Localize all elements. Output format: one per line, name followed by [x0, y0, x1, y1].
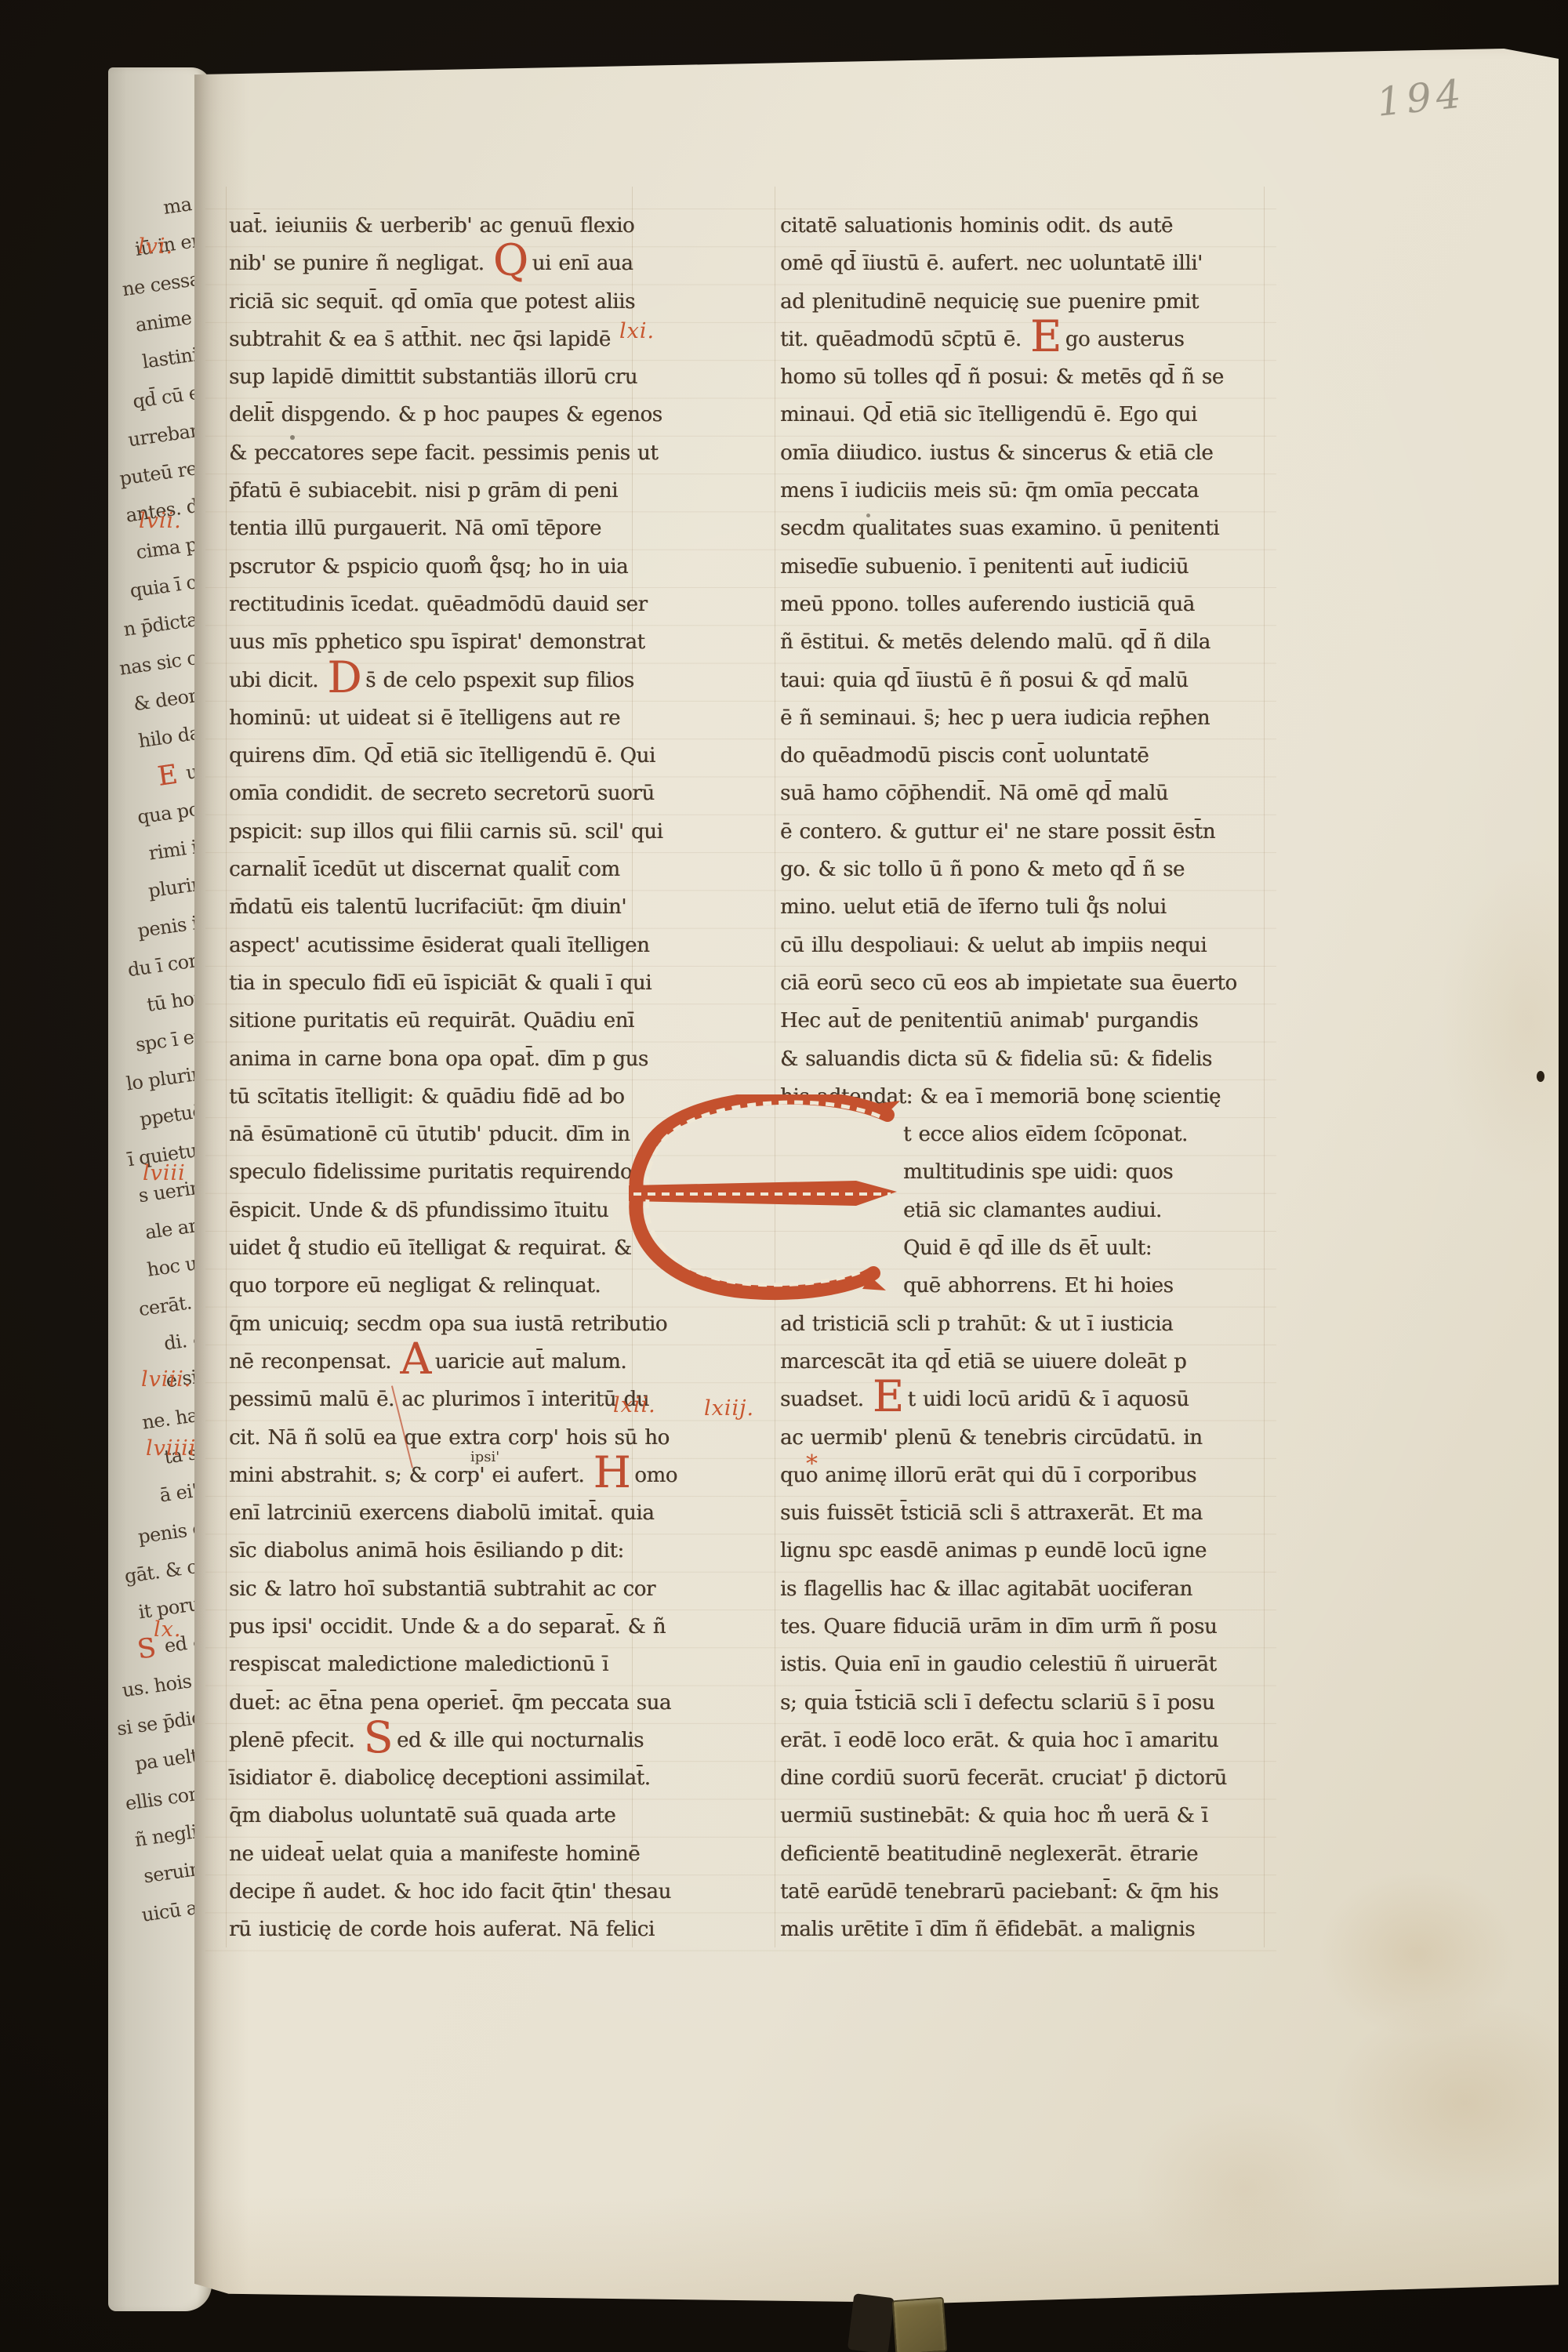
rubric-initial: S [364, 1712, 393, 1762]
parchment-speck [290, 435, 295, 440]
manuscript-text-line: sic & latro hoī substantiā subtrahit ac … [229, 1570, 637, 1608]
manuscript-text-line: & saluandis dicta sū & fidelia sū: & fid… [780, 1040, 1270, 1078]
manuscript-text-line: misedīe subuenio. ī penitenti aut̄ iudic… [780, 548, 1270, 586]
manuscript-text-line: quo torpore eū negligat & relinquat. [229, 1267, 637, 1305]
manuscript-text-line: go. & sic tollo ū ñ pono & meto qd̄ ñ se [780, 851, 1270, 888]
rubric-initial: E [1030, 311, 1062, 361]
manuscript-text-line: tū scītatis ītelligit: & quādiu fidē ad … [229, 1078, 637, 1116]
manuscript-photo: ma q̊iū in emne cessaranime q̄lastiniaqd… [0, 0, 1568, 2352]
manuscript-text-line: p̄fatū ē subiacebit. nisi p grām di peni [229, 472, 637, 510]
manuscript-text-line: malis urētite ī dīm ñ ēfidebāt. a malign… [780, 1911, 1270, 1948]
manuscript-text-line: minaui. Qd̄ etiā sic ītelligendū ē. Ego … [780, 396, 1270, 434]
ruling-line-vertical [226, 187, 227, 1947]
manuscript-text-line: quo animę illorū erāt qui dū ī corporibu… [780, 1457, 1270, 1494]
manuscript-text-line: quirens dīm. Qd̄ etiā sic ītelligendū ē.… [229, 737, 637, 775]
rubric-initial: A [400, 1334, 430, 1384]
manuscript-text-line: ne uideat̄ uelat quia a manifeste hominē [229, 1835, 637, 1873]
manuscript-text-line: Hec aut̄ de penitentiū animab' purgandis [780, 1002, 1270, 1040]
manuscript-text-line: uermiū sustinebāt: & quia hoc m̊ uerā & … [780, 1797, 1270, 1835]
manuscript-text-line: meū ppono. tolles auferendo iusticiā quā [780, 586, 1270, 623]
text-column-left: uat̄. ieiuniis & uerberib' ac genuū flex… [229, 207, 637, 1949]
manuscript-text-line: suadset. Et uidi locū aridū & ī aquosū [780, 1381, 1270, 1418]
manuscript-text-line: respiscat maledictione maledictionū ī [229, 1646, 637, 1683]
manuscript-text-line: taui: quia qd̄ īiustū ē ñ posui & qd̄ ma… [780, 662, 1270, 699]
manuscript-text-line: deficientē beatitudinē neglexerāt. ētrar… [780, 1835, 1270, 1873]
parchment-speck [1537, 1071, 1544, 1082]
chapter-number: lvi. [138, 235, 173, 259]
manuscript-text-line: enī latrciniū exercens diabolū imitat̄. … [229, 1494, 637, 1532]
manuscript-text-line: plenē pfecit. Sed & ille qui nocturnalis [229, 1722, 637, 1759]
chapter-number: lxii. [613, 1394, 656, 1417]
manuscript-text-line: ac uermib' plenū & tenebris circūdatū. i… [780, 1419, 1270, 1457]
manuscript-text-line: q̄m diabolus uoluntatē suā quada arte [229, 1797, 637, 1835]
ruling-line-vertical [775, 187, 775, 1947]
manuscript-text-line: suā hamo cōp̄hendit̄. Nā omē qd̄ malū [780, 775, 1270, 812]
manuscript-text-line: sup lapidē dimittit substantiäs illorū c… [229, 358, 637, 396]
chapter-number: lvii. [139, 510, 182, 533]
manuscript-text-line: pessimū malū ē. ac plurimos ī interitū d… [229, 1381, 637, 1418]
manuscript-text-line: mino. uelut etiā de īferno tuli q̊s nolu… [780, 888, 1270, 926]
manuscript-text-line: riciā sic sequit̄. qd̄ omīa que potest a… [229, 283, 637, 321]
manuscript-text-line: dine cordiū suorū fecerāt. cruciat' p̄ d… [780, 1759, 1270, 1797]
manuscript-text-line: ad tristiciā scli p trahūt: & ut ī iusti… [780, 1305, 1270, 1343]
manuscript-text-line: sīc diabolus animā hois ēsiliando p dit: [229, 1532, 637, 1570]
manuscript-text-line: mini abstrahit. s; & corp' ei aufert. Ho… [229, 1457, 637, 1494]
manuscript-text-line: pspicit: sup illos qui filii carnis sū. … [229, 813, 637, 851]
rubric-initial: Q [493, 235, 528, 285]
manuscript-text-line: tes. Quare fiduciā urām in dīm urm̄ ñ po… [780, 1608, 1270, 1646]
manuscript-text-line: tit. quēadmodū sc̄ptū ē. Ego austerus [780, 321, 1270, 358]
rubric-initial: E [873, 1371, 904, 1421]
manuscript-text-line: ēspicit. Unde & ds̄ pfundissimo ītuitu [229, 1192, 637, 1229]
interlinear-gloss: ipsi' [470, 1449, 499, 1465]
manuscript-text-line: cit. Nā ñ solū ea que extra corp' hois s… [229, 1419, 637, 1457]
binding-strap [848, 2293, 895, 2352]
manuscript-text-line: istis. Quia enī in gaudio celestiū ñ uir… [780, 1646, 1270, 1683]
manuscript-text-line: ciā eorū seco cū eos ab impietate sua ēu… [780, 964, 1270, 1002]
manuscript-text-line: marcescāt ita qd̄ etiā se uiuere doleāt … [780, 1343, 1270, 1381]
manuscript-text-line: omē qd̄ īiustū ē. aufert. nec uoluntatē … [780, 245, 1270, 282]
manuscript-text-line: tentia illū purgauerit. Nā omī tēpore [229, 510, 637, 547]
manuscript-text-line: nē reconpensat. Auaricie aut̄ malum. [229, 1343, 637, 1381]
manuscript-text-line: & peccatores sepe facit. pessimis penis … [229, 434, 637, 472]
manuscript-text-line: nib' se punire ñ negligat. Qui enī aua [229, 245, 637, 282]
manuscript-text-line: do quēadmodū piscis cont̄ uoluntatē [780, 737, 1270, 775]
manuscript-text-line: speculo fidelissime puritatis requirendo [229, 1153, 637, 1191]
manuscript-text-line: lignu spc easdē animas p eundē locū igne [780, 1532, 1270, 1570]
manuscript-text-line: carnalit̄ īcedūt ut discernat qualit̄ co… [229, 851, 637, 888]
rubric-asterisk-icon: * [806, 1450, 818, 1478]
manuscript-text-line: tia in speculo fidī eū īspiciāt & quali … [229, 964, 637, 1002]
text-column-right: citatē saluationis hominis odit. ds autē… [780, 207, 1270, 1949]
manuscript-text-line: omīa condidit. de secreto secretorū suor… [229, 775, 637, 812]
manuscript-text-line: erāt. ī eodē loco erāt. & quia hoc ī ama… [780, 1722, 1270, 1759]
manuscript-text-line: anima in carne bona opa opat̄. dīm p gus [229, 1040, 637, 1078]
manuscript-text-line: nā ēsūmationē cū ūtutib' pducit. dīm in [229, 1116, 637, 1153]
manuscript-text-line: ē ñ seminaui. s̄; hec p uera iudicia rep… [780, 699, 1270, 737]
chapter-number: lxiij. [704, 1397, 754, 1421]
chapter-number: lviii [143, 1162, 186, 1185]
rubric-initial: H [593, 1447, 631, 1497]
chapter-number: lxi. [619, 320, 655, 343]
manuscript-text-line: q̄m unicuiq; secdm opa sua iustā retribu… [229, 1305, 637, 1343]
manuscript-text-line: pscrutor & pspicio quom̊ q̊sq; ho in uia [229, 548, 637, 586]
manuscript-text-line: delit̄ dispgendo. & p hoc paupes & egeno… [229, 396, 637, 434]
manuscript-text-line: homo sū tolles qd̄ ñ posui: & metēs qd̄ … [780, 358, 1270, 396]
manuscript-text-line: rectitudinis īcedat. quēadmōdū dauid ser [229, 586, 637, 623]
manuscript-text-line: secdm qualitates suas examino. ū peniten… [780, 510, 1270, 547]
manuscript-text-line: ē contero. & guttur ei' ne stare possit … [780, 813, 1270, 851]
manuscript-text-line: cū illu despoliaui: & uelut ab impiis ne… [780, 927, 1270, 964]
manuscript-text-line: ñ ēstitui. & metēs delendo malū. qd̄ ñ d… [780, 623, 1270, 661]
manuscript-text-line: uus mīs pphetico spu īspirat' demonstrat [229, 623, 637, 661]
manuscript-text-line: hominū: ut uideat si ē ītelligens aut re [229, 699, 637, 737]
manuscript-text-line: tatē earūdē tenebrarū paciebant̄: & q̄m … [780, 1873, 1270, 1911]
chapter-number: lviii. [141, 1368, 191, 1392]
manuscript-text-line: subtrahit & ea s̄ att̄hit. nec q̄si lapi… [229, 321, 637, 358]
manuscript-text-line: mens ī iudiciis meis sū: q̄m omīa peccat… [780, 472, 1270, 510]
folio-number: 194 [1374, 71, 1468, 125]
manuscript-text-line: rū iusticię de corde hois auferat. Nā fe… [229, 1911, 637, 1948]
decorated-initial-E: E [627, 1094, 902, 1305]
manuscript-text-line: decipe ñ audet. & hoc ido facit q̄tin' t… [229, 1873, 637, 1911]
manuscript-text-line: aspect' acutissime ēsiderat quali ītelli… [229, 927, 637, 964]
manuscript-text-line: is flagellis hac & illac agitabāt uocife… [780, 1570, 1270, 1608]
manuscript-text-line: duet̄: ac ēt̄na pena operiet̄. q̄m pecca… [229, 1684, 637, 1722]
manuscript-text-line: ubi dicit. Ds̄ de celo pspexit sup filio… [229, 662, 637, 699]
manuscript-text-line: citatē saluationis hominis odit. ds autē [780, 207, 1270, 245]
rubric-initial: E [156, 758, 180, 792]
binding-clasp-tab [892, 2297, 948, 2352]
manuscript-text-line: s; quia t̄sticiā scli ī defectu sclariū … [780, 1684, 1270, 1722]
manuscript-text-line: uat̄. ieiuniis & uerberib' ac genuū flex… [229, 207, 637, 245]
manuscript-text-line: suis fuissēt t̄sticiā scli s̄ attraxerāt… [780, 1494, 1270, 1532]
manuscript-text-line: uidet q̊ studio eū ītelligat & requirat.… [229, 1229, 637, 1267]
manuscript-text-line: m̄datū eis talentū lucrifaciūt: q̄m diui… [229, 888, 637, 926]
manuscript-text-line: ad plenitudinē nequicię sue puenire pmit [780, 283, 1270, 321]
manuscript-text-line: pus ipsi' occidit. Unde & a do separat̄.… [229, 1608, 637, 1646]
manuscript-text-line: īsidiator ē. diabolicę deceptioni assimi… [229, 1759, 637, 1797]
parchment-speck [866, 514, 870, 517]
rubric-initial: D [327, 652, 361, 702]
chapter-number: lx. [154, 1618, 181, 1642]
manuscript-text-line: sitione puritatis eū requirāt. Quādiu en… [229, 1002, 637, 1040]
manuscript-text-line: omīa diiudico. iustus & sincerus & etiā … [780, 434, 1270, 472]
